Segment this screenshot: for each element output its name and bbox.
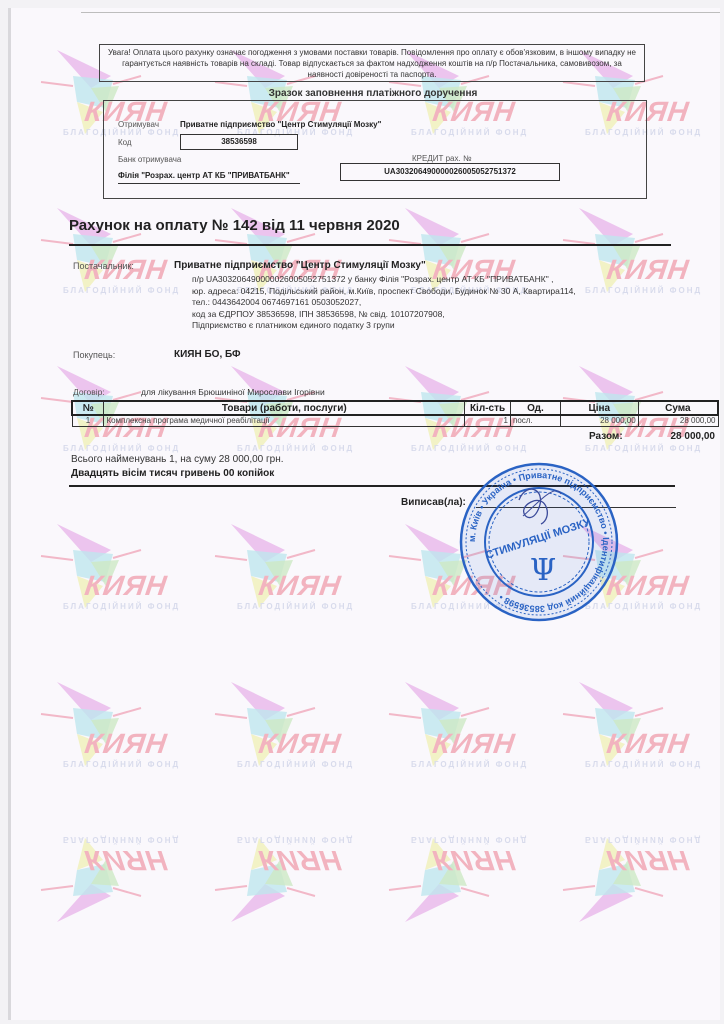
- items-table: № Товари (работи, послуги) Кіл-сть Од. Ц…: [71, 400, 719, 427]
- kyian-watermark-logo: КИЯНБЛАГОДІЙНИЙ ФОНД: [555, 826, 675, 936]
- company-stamp: м. Київ • Україна • Приватне підприємств…: [457, 460, 621, 624]
- title-divider: [69, 244, 671, 246]
- col-header-name: Товари (работи, послуги): [104, 401, 465, 415]
- summary-line: Всього найменувань 1, на суму 28 000,00 …: [71, 454, 284, 465]
- invoice-page: КИЯНБЛАГОДІЙНИЙ ФОНДКИЯНБЛАГОДІЙНИЙ ФОНД…: [8, 8, 720, 1020]
- table-header-row: № Товари (работи, послуги) Кіл-сть Од. Ц…: [72, 401, 718, 415]
- cell-price: 28 000,00: [560, 415, 638, 426]
- credit-label: КРЕДИТ рах. №: [412, 154, 472, 163]
- supplier-name: Приватне підприємство "Центр Стимуляції …: [174, 260, 426, 271]
- kyian-watermark-logo: КИЯНБЛАГОДІЙНИЙ ФОНД: [207, 826, 327, 936]
- supplier-detail-line: юр. адреса: 04215, Подільський район, м.…: [192, 286, 576, 298]
- bank-underline: [118, 183, 300, 184]
- contract-label: Договір:: [73, 387, 105, 397]
- payment-form-title: Зразок заповнення платіжного доручення: [11, 88, 720, 99]
- credit-account-field: UA303206490000026005052751372: [340, 163, 560, 181]
- invoice-title: Рахунок на оплату № 142 від 11 червня 20…: [69, 217, 400, 234]
- cell-qty: 1: [465, 415, 511, 426]
- kyian-watermark-logo: КИЯНБЛАГОДІЙНИЙ ФОНД: [33, 826, 153, 936]
- contract-value: для лікування Брюшиніної Мирослави Ігорі…: [141, 387, 325, 397]
- kyian-watermark-logo: КИЯНБЛАГОДІЙНИЙ ФОНД: [381, 668, 501, 778]
- col-header-qty: Кіл-сть: [465, 401, 511, 415]
- buyer-label: Покупець:: [73, 350, 115, 360]
- svg-text:Ψ: Ψ: [530, 553, 556, 588]
- kyian-watermark-logo: КИЯНБЛАГОДІЙНИЙ ФОНД: [207, 668, 327, 778]
- kyian-watermark-logo: КИЯНБЛАГОДІЙНИЙ ФОНД: [381, 826, 501, 936]
- col-header-sum: Сума: [638, 401, 718, 415]
- cell-num: 1: [72, 415, 104, 426]
- kyian-watermark-logo: КИЯНБЛАГОДІЙНИЙ ФОНД: [33, 510, 153, 620]
- code-label: Код: [118, 138, 132, 147]
- col-header-num: №: [72, 401, 104, 415]
- total-value: 28 000,00: [651, 431, 715, 442]
- recipient-label: Отримувач: [118, 120, 159, 129]
- bank-value: Філія "Розрах. центр АТ КБ "ПРИВАТБАНК": [118, 171, 290, 180]
- supplier-detail-line: тел.: 0443642004 0674697161 0503052027,: [192, 297, 576, 309]
- payment-notice: Увага! Оплата цього рахунку означає пого…: [99, 44, 645, 82]
- code-field: 38536598: [180, 134, 298, 150]
- col-header-unit: Од.: [511, 401, 561, 415]
- supplier-detail-line: п/р UA303206490000026005052751372 у банк…: [192, 274, 576, 286]
- recipient-value: Приватне підприємство "Центр Стимуляції …: [180, 120, 381, 129]
- kyian-watermark-logo: КИЯНБЛАГОДІЙНИЙ ФОНД: [555, 668, 675, 778]
- stamp-icon: м. Київ • Україна • Приватне підприємств…: [457, 460, 621, 624]
- kyian-watermark-logo: КИЯНБЛАГОДІЙНИЙ ФОНД: [33, 194, 153, 304]
- supplier-detail-line: Підприємство є платником єдиного податку…: [192, 320, 576, 332]
- bank-label: Банк отримувача: [118, 155, 181, 164]
- supplier-detail-line: код за ЄДРПОУ 38536598, ІПН 38536598, № …: [192, 309, 576, 321]
- cell-unit: посл.: [511, 415, 561, 426]
- cell-name: Комплексна програма медичної реабілітаці…: [104, 415, 465, 426]
- supplier-label: Постачальник:: [73, 261, 134, 271]
- cell-sum: 28 000,00: [638, 415, 718, 426]
- kyian-watermark-logo: КИЯНБЛАГОДІЙНИЙ ФОНД: [207, 510, 327, 620]
- col-header-price: Ціна: [560, 401, 638, 415]
- payment-form-box: Отримувач Приватне підприємство "Центр С…: [103, 100, 647, 199]
- kyian-watermark-logo: КИЯНБЛАГОДІЙНИЙ ФОНД: [33, 668, 153, 778]
- summary-words: Двадцять вісім тисяч гривень 00 копійок: [71, 468, 274, 479]
- total-label: Разом:: [589, 431, 623, 442]
- supplier-details: п/р UA303206490000026005052751372 у банк…: [192, 274, 576, 332]
- buyer-name: КИЯН БО, БФ: [174, 349, 241, 360]
- table-row: 1 Комплексна програма медичної реабіліта…: [72, 415, 718, 426]
- page-edge-line: [81, 12, 720, 13]
